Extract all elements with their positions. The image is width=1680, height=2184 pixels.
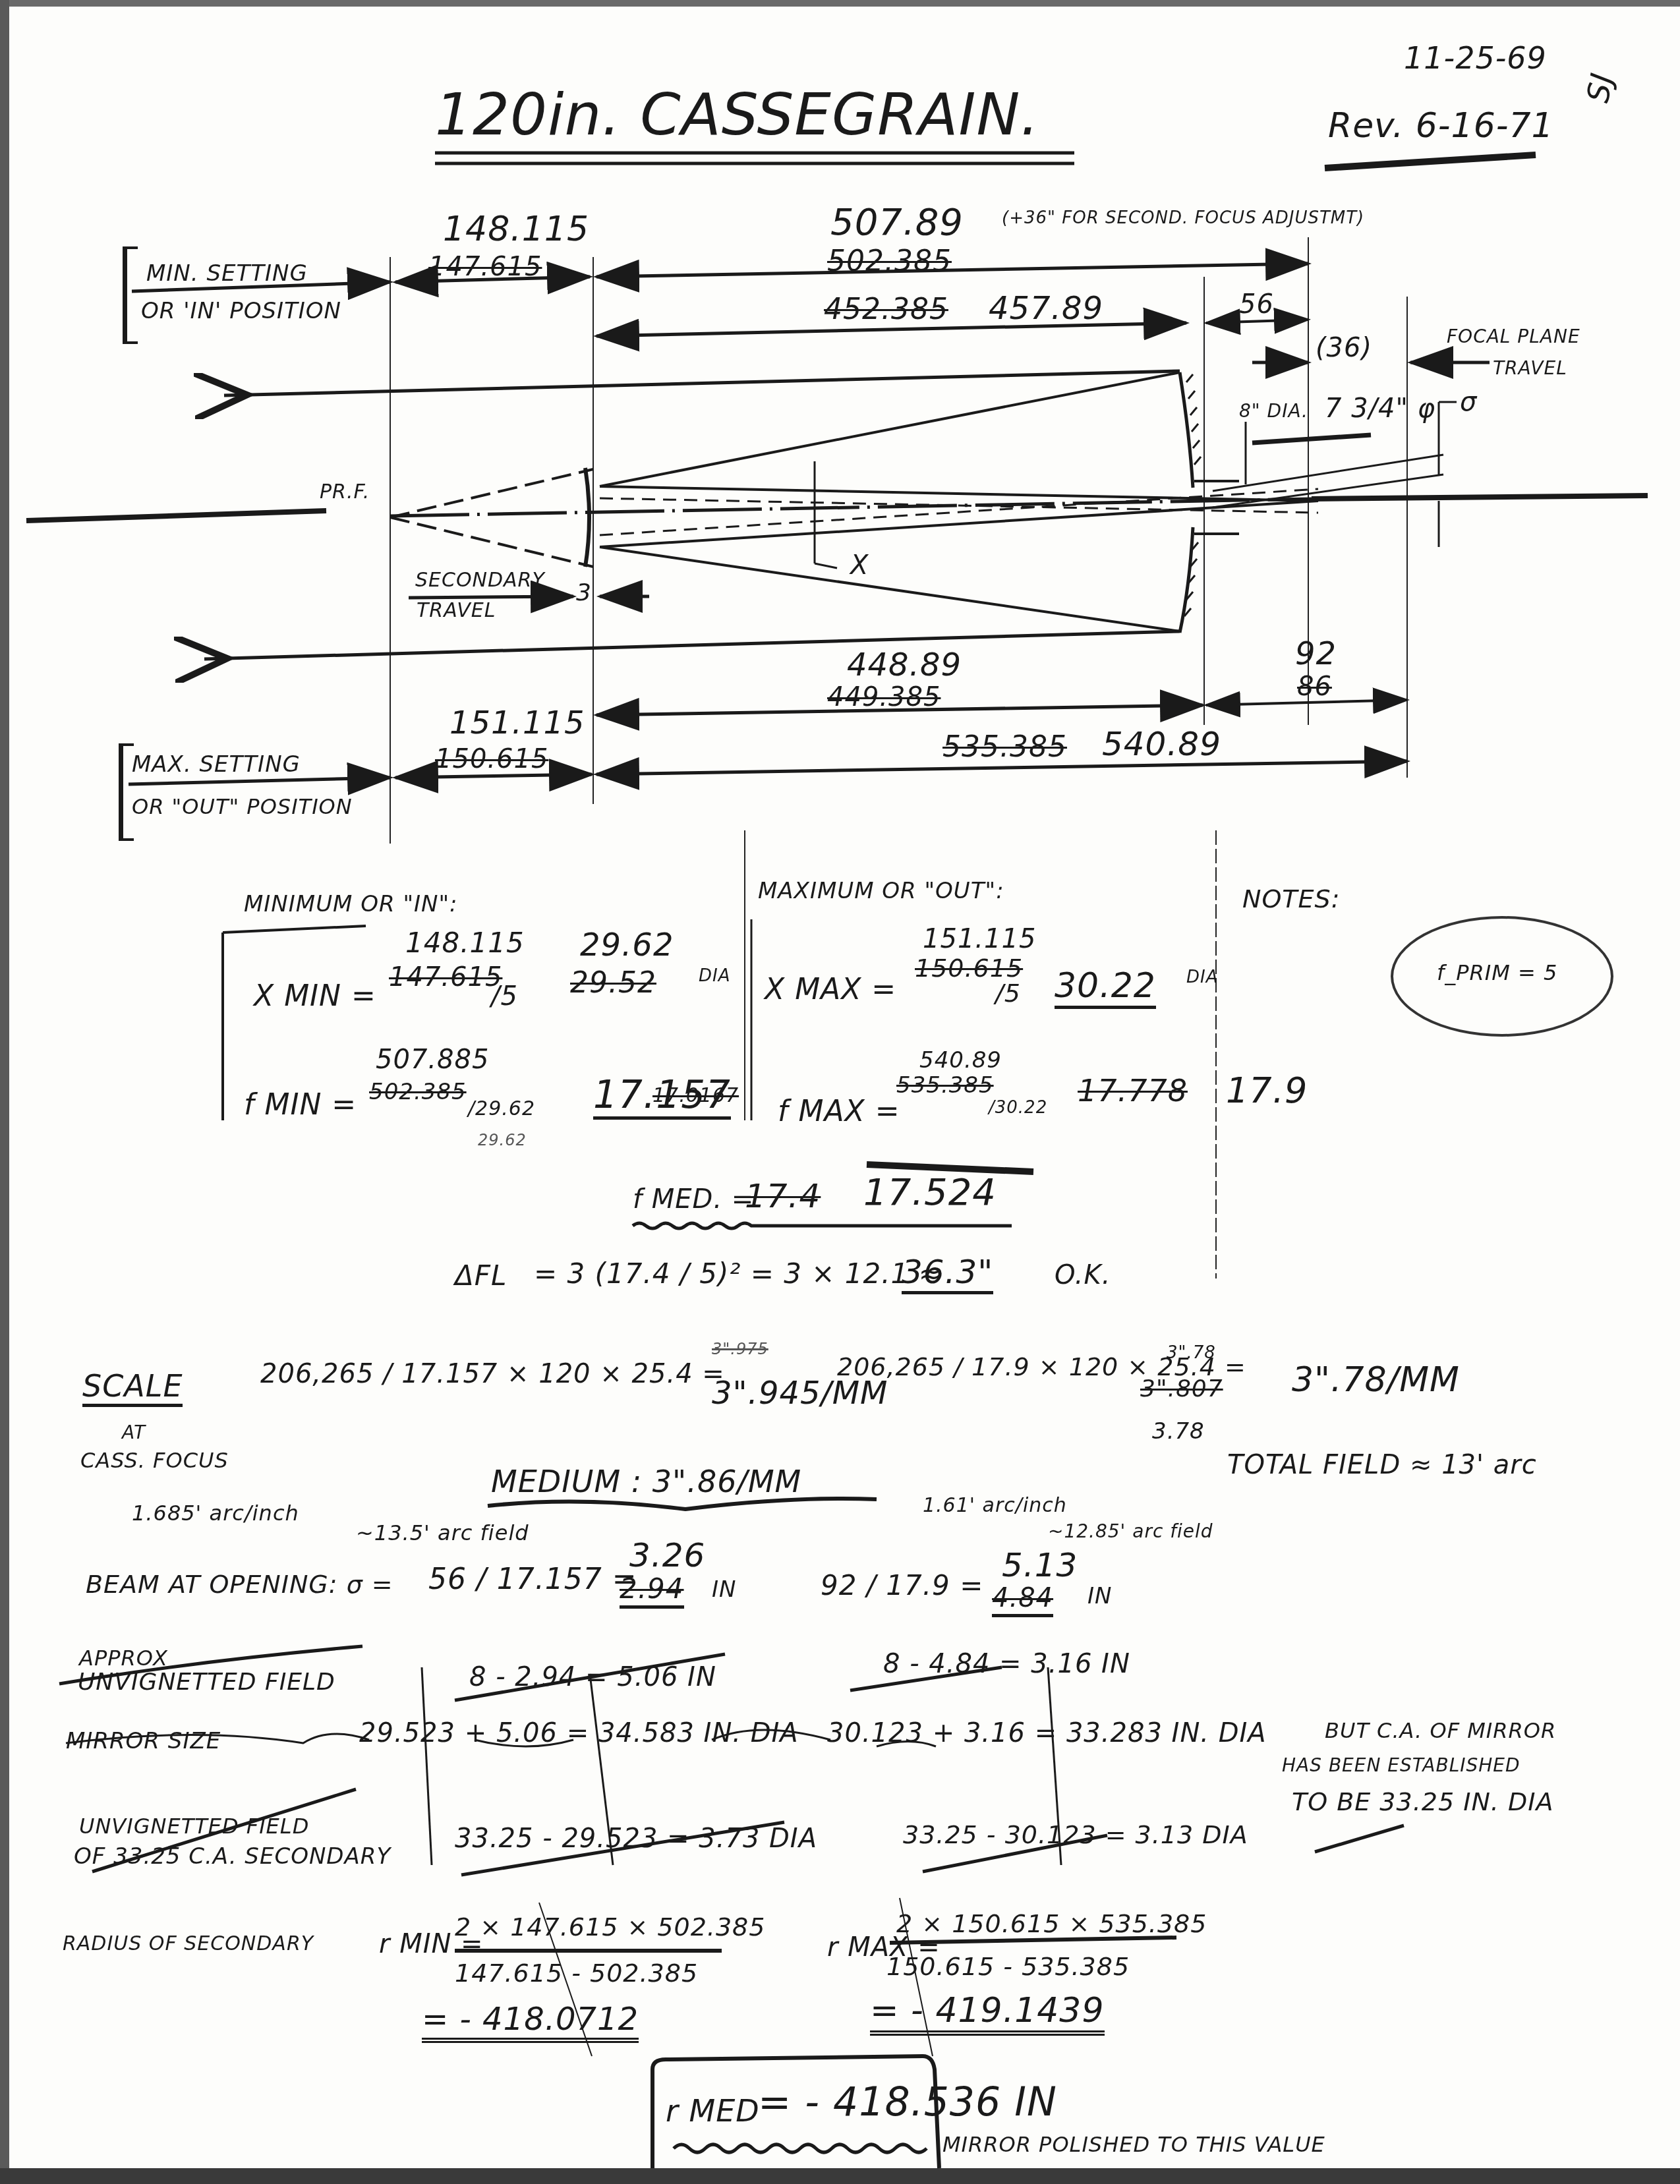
max-setting-label: MAX. SETTING xyxy=(132,753,301,776)
mirror-ca-note-3: TO BE 33.25 IN. DIA xyxy=(1292,1789,1553,1814)
prime-focus-label: PR.F. xyxy=(320,482,370,502)
scale-medium: MEDIUM : 3".86/MM xyxy=(491,1466,801,1497)
primary-focus-min-value: 56 xyxy=(1239,291,1274,318)
xmax-unit: DIA xyxy=(1186,969,1218,986)
fmin-numerator: 507.885 xyxy=(376,1047,489,1073)
scale-max-result-below: 3.78 xyxy=(1152,1420,1205,1443)
approx-min: 8 - 2.94 = 5.06 IN xyxy=(469,1664,716,1690)
beam-min-result-old: 2.94 xyxy=(620,1575,684,1609)
primary-focus-max-old: 86 xyxy=(1297,674,1332,700)
xmax-numerator-old: 150.615 xyxy=(915,956,1023,981)
unvignetted-label-2: OF 33.25 C.A. SECONDARY xyxy=(74,1845,391,1868)
baffle-dia-label: 7 3/4" φ xyxy=(1325,395,1435,422)
delta-fl-ok: O.K. xyxy=(1055,1262,1111,1288)
max-secondary-primary-value: 448.89 xyxy=(847,649,962,681)
delta-fl-expression: = 3 (17.4 / 5)² = 3 × 12.1 ≈ xyxy=(534,1260,942,1288)
unvignetted-min: 33.25 - 29.523 = 3.73 DIA xyxy=(455,1825,817,1852)
scale-max-result-sup: 3".78 xyxy=(1167,1344,1216,1362)
polished-note: MIRROR POLISHED TO THIS VALUE xyxy=(942,2134,1325,2155)
sigma-label: σ xyxy=(1460,389,1477,415)
secondary-travel-value: 3 xyxy=(576,581,592,605)
mirror-ca-note: BUT C.A. OF MIRROR xyxy=(1325,1720,1556,1741)
rmed-label: r MED xyxy=(666,2096,760,2126)
fmax-numerator-old: 535.385 xyxy=(896,1074,994,1097)
delta-fl-result: 36.3" xyxy=(902,1255,993,1294)
max-secondary-focus-old: 535.385 xyxy=(942,733,1067,762)
scale-min-result-old: 3".975 xyxy=(712,1341,768,1357)
scale-min-expression: 206,265 / 17.157 × 120 × 25.4 = xyxy=(260,1361,725,1387)
delta-fl-label: ΔFL xyxy=(455,1262,507,1290)
max-secondary-focus-value: 540.89 xyxy=(1102,728,1221,761)
scale-label-focus: CASS. FOCUS xyxy=(80,1450,229,1471)
focal-plane-travel-value: (36) xyxy=(1316,335,1372,361)
max-prf-secondary-value: 151.115 xyxy=(449,707,585,739)
xmin-result-old: 29.52 xyxy=(570,969,656,998)
xmin-numerator: 148.115 xyxy=(405,929,525,957)
scale-max-result-final: 3".78/MM xyxy=(1292,1363,1460,1397)
notes-fprim: f_PRIM = 5 xyxy=(1437,962,1557,983)
fmax-result-old: 17.778 xyxy=(1078,1076,1188,1106)
beam-max-expression: 92 / 17.9 = xyxy=(821,1572,983,1599)
beam-label: BEAM AT OPENING: σ = xyxy=(86,1572,393,1597)
arc-per-inch-max: 1.61' arc/inch xyxy=(923,1496,1067,1516)
scale-label: SCALE xyxy=(82,1371,183,1407)
fmed-value: 17.524 xyxy=(863,1174,997,1211)
fmax-numerator: 540.89 xyxy=(919,1049,1002,1072)
min-heading: MINIMUM OR "IN": xyxy=(244,893,458,915)
original-date: 11-25-69 xyxy=(1404,43,1547,73)
scale-max-result-old: 3".807 xyxy=(1140,1377,1223,1401)
xmin-result: 29.62 xyxy=(580,929,674,961)
scanned-sheet: 120in. CASSEGRAIN. 11-25-69 Rev. 6-16-71… xyxy=(0,0,1680,2184)
initials: SJ xyxy=(1582,71,1617,105)
revision-date: Rev. 6-16-71 xyxy=(1328,109,1554,143)
rmin-result: = - 418.0712 xyxy=(422,2003,639,2043)
xmin-label: X MIN = xyxy=(254,982,376,1011)
hole-dia-label: 8" DIA. xyxy=(1239,402,1308,420)
rmax-denominator: 150.615 - 535.385 xyxy=(886,1954,1130,1979)
scale-min-result: 3".945/MM xyxy=(712,1377,888,1409)
mirror-size-min: 29.523 + 5.06 = 34.583 IN. DIA xyxy=(359,1720,799,1746)
min-setting-bracket xyxy=(123,246,138,344)
min-secondary-primary-old: 452.385 xyxy=(824,295,948,324)
min-prf-secondary-old: 147.615 xyxy=(428,254,542,280)
xmax-denominator: /5 xyxy=(995,981,1021,1006)
notes-heading: NOTES: xyxy=(1242,886,1340,911)
mirror-ca-note-2: HAS BEEN ESTABLISHED xyxy=(1282,1756,1521,1775)
x-label: X xyxy=(850,552,869,579)
fmin-denominator: /29.62 xyxy=(468,1099,535,1119)
fmed-old: 17.4 xyxy=(745,1180,821,1213)
rmax-result: = - 419.1439 xyxy=(870,1994,1105,2036)
xmin-unit: DIA xyxy=(699,967,730,985)
mirror-size-label: MIRROR SIZE xyxy=(66,1730,221,1752)
primary-focus-max-value: 92 xyxy=(1295,638,1337,670)
scale-label-at: AT xyxy=(122,1423,146,1442)
rmin-numerator: 2 × 147.615 × 502.385 xyxy=(455,1914,765,1940)
beam-min-expression: 56 / 17.157 = xyxy=(428,1565,637,1594)
fmin-label: f MIN = xyxy=(244,1091,357,1120)
min-secondary-focus-note: (+36" FOR SECOND. FOCUS ADJUSTMT) xyxy=(1002,210,1364,227)
min-prf-secondary-value: 148.115 xyxy=(443,212,589,246)
xmax-numerator: 151.115 xyxy=(923,926,1036,952)
min-setting-label-2: OR 'IN' POSITION xyxy=(141,300,341,322)
arc-per-inch-min: 1.685' arc/inch xyxy=(132,1503,299,1524)
approx-label: APPROX xyxy=(79,1648,168,1669)
approx-max: 8 - 4.84 = 3.16 IN xyxy=(883,1651,1130,1677)
secondary-travel-label: SECONDARY xyxy=(415,571,545,590)
rmin-denominator: 147.615 - 502.385 xyxy=(455,1961,698,1986)
min-secondary-focus-old: 502.385 xyxy=(827,247,952,276)
min-secondary-primary-value: 457.89 xyxy=(989,293,1103,324)
fmax-denominator: /30.22 xyxy=(989,1099,1047,1116)
arc-field-max: ~12.85' arc field xyxy=(1048,1522,1213,1541)
max-secondary-primary-old: 449.385 xyxy=(827,684,941,710)
xmax-result: 30.22 xyxy=(1055,969,1156,1009)
secondary-travel-label-2: TRAVEL xyxy=(417,601,496,621)
unvignetted-label: UNVIGNETTED FIELD xyxy=(79,1816,309,1837)
max-setting-label-2: OR "OUT" POSITION xyxy=(132,796,353,817)
focal-plane-travel-label-2: TRAVEL xyxy=(1493,359,1567,378)
min-secondary-focus-value: 507.89 xyxy=(830,204,964,241)
fmin-result-old: 17.0167 xyxy=(652,1086,739,1106)
beam-min-unit: IN xyxy=(712,1578,736,1601)
fmin-numerator-old: 502.385 xyxy=(369,1081,467,1103)
max-prf-secondary-old: 150.615 xyxy=(435,746,548,772)
arc-field-min: ~13.5' arc field xyxy=(356,1522,529,1543)
page-title: 120in. CASSEGRAIN. xyxy=(435,86,1039,144)
rmax-numerator: 2 × 150.615 × 535.385 xyxy=(896,1911,1207,1936)
beam-max-result: 5.13 xyxy=(1002,1549,1078,1582)
fmax-result: 17.9 xyxy=(1226,1073,1308,1108)
xmax-label: X MAX = xyxy=(765,975,896,1004)
max-heading: MAXIMUM OR "OUT": xyxy=(758,880,1004,902)
mirror-size-max: 30.123 + 3.16 = 33.283 IN. DIA xyxy=(827,1720,1267,1746)
rmed-value: = - 418.536 IN xyxy=(758,2083,1057,2122)
min-setting-label: MIN. SETTING xyxy=(146,262,308,285)
unvignetted-max: 33.25 - 30.123 = 3.13 DIA xyxy=(903,1822,1248,1847)
beam-max-unit: IN xyxy=(1087,1585,1112,1607)
beam-min-result: 3.26 xyxy=(629,1539,705,1572)
total-field: TOTAL FIELD ≈ 13' arc xyxy=(1227,1452,1537,1478)
fmin-denominator-alt: 29.62 xyxy=(478,1132,527,1148)
focal-plane-travel-label: FOCAL PLANE xyxy=(1447,328,1580,346)
fmed-label: f MED. = xyxy=(633,1186,754,1213)
radius-label: RADIUS OF SECONDARY xyxy=(63,1934,314,1954)
fmax-label: f MAX = xyxy=(778,1097,900,1126)
approx-label-2: UNVIGNETTED FIELD xyxy=(78,1671,335,1694)
xmin-denominator: /5 xyxy=(491,983,518,1010)
beam-max-result-old: 4.84 xyxy=(992,1585,1053,1617)
xmin-numerator-old: 147.615 xyxy=(389,964,502,991)
